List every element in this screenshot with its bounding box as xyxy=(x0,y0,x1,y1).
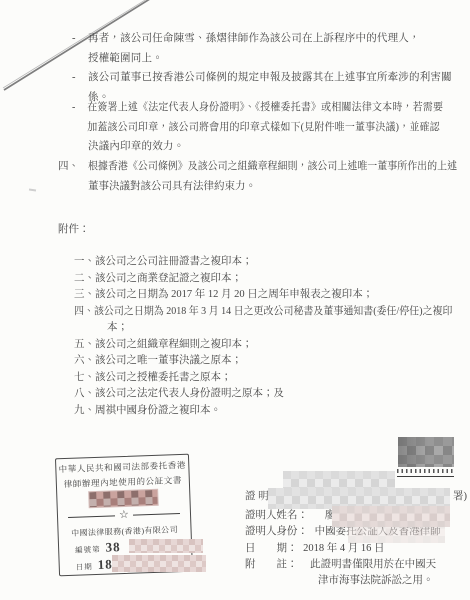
stamp-date-label: 日期 xyxy=(76,561,93,573)
redacted-stamp-title-mosaic xyxy=(89,490,157,507)
attachment-item: 九、周祺中國身份證之複印本。 xyxy=(74,403,470,420)
stamp-serial-value: 38 xyxy=(105,539,121,556)
certificate-note-line: 此證明書僅限用於在中國天 xyxy=(310,559,436,570)
certifier-name-row: 證明人姓名： 廖 xyxy=(245,508,335,523)
certifier-identity-label: 證明人身份： xyxy=(245,526,308,537)
divider-rule xyxy=(68,515,115,518)
scanned-legal-document-page: -再者，該公司任命陳雪、孫熠律師作為該公司在上訴程序中的代理人， 授權範圍同上。… xyxy=(0,0,470,600)
attachment-item: 二、該公司之商業登記證之複印本； xyxy=(74,271,470,288)
stamp-divider: ☆ xyxy=(68,507,180,524)
attachments-list: 一、該公司之公司註冊證書之複印本； 二、該公司之商業登記證之複印本； 三、該公司… xyxy=(74,254,470,419)
dash-marker: - xyxy=(72,68,88,88)
star-icon: ☆ xyxy=(115,510,133,522)
paragraph-line: 該公司董事已按香港公司條例的規定申報及披露其在上述事宜所牽涉的利害關 xyxy=(88,72,452,83)
attachments-heading: 附件： xyxy=(58,222,90,238)
section-number: 四、 xyxy=(58,157,79,177)
paragraph-line: 加蓋該公司印章，該公司將會用的印章式樣如下(見附件唯一董事決議)，並確認 xyxy=(72,118,443,138)
redaction-mosaic-chop xyxy=(398,437,454,467)
attachment-item: 一、該公司之公司註冊證書之複印本； xyxy=(74,254,470,271)
section-four-paragraph: 四、 根據香港《公司條例》及該公司之組織章程細則，該公司上述唯一董事所作出的上述… xyxy=(58,157,470,196)
paragraph-line: 董事決議對該公司具有法律約束力。 xyxy=(88,177,470,197)
paragraph-line: 授權範圍同上。 xyxy=(72,49,420,69)
certifier-signature-suffix: 署) xyxy=(453,489,467,504)
redaction-mosaic-identity xyxy=(348,521,445,543)
certificate-note-row: 附 註： 此證明書僅限用於在中國天 xyxy=(245,557,436,572)
certifier-name-label: 證明人姓名： xyxy=(245,510,308,521)
attachment-item: 五、該公司之組織章程細則之複印本； xyxy=(74,337,470,354)
divider-rule xyxy=(133,513,180,516)
stamp-date-value: 18 xyxy=(97,556,113,573)
paragraph-line: 在簽署上述《法定代表人身份證明》、《授權委托書》或相關法律文本時，若需要 xyxy=(87,102,443,113)
attachment-item-line: 四、該公司之日期為 2018 年 3 月 14 日之更改公司秘書及董事通知書(委… xyxy=(74,304,453,321)
dash-marker: - xyxy=(72,98,87,118)
certificate-date-row: 日 期： 2018 年 4 月 16 日 xyxy=(245,541,385,556)
certificate-date-value: 2018 年 4 月 16 日 xyxy=(303,543,384,554)
redaction-mosaic-date xyxy=(112,555,206,572)
stamp-serial-label: 編號第 xyxy=(75,544,101,556)
attachment-item: 八、該公司之法定代表人身份證明之原本；及 xyxy=(74,386,470,403)
attachment-item-line: 本； xyxy=(74,320,470,337)
attachment-item: 四、該公司之日期為 2018 年 3 月 14 日之更改公司秘書及董事通知書(委… xyxy=(74,304,470,337)
paragraph-line: 根據香港《公司條例》及該公司之組織章程細則，該公司上述唯一董事所作出的上述 xyxy=(88,157,457,177)
paragraph-line: 再者，該公司任命陳雪、孫熠律師作為該公司在上訴程序中的代理人， xyxy=(88,33,420,44)
certificate-date-label: 日 期： xyxy=(245,543,298,554)
bullet-paragraph-seal: -在簽署上述《法定代表人身份證明》、《授權委托書》或相關法律文本時，若需要 加蓋… xyxy=(72,98,463,157)
paragraph-line: 決議內印章的效力。 xyxy=(72,137,463,157)
illegible-microtext xyxy=(397,468,454,477)
dash-marker: - xyxy=(72,29,88,49)
scan-smudge xyxy=(29,189,36,192)
redaction-mosaic-serial xyxy=(129,539,203,553)
attachment-item: 七、該公司之授權委托書之原本； xyxy=(74,370,470,387)
certificate-note-label: 附 註： xyxy=(245,559,298,570)
attachment-item: 三、該公司之日期為 2017 年 12 月 20 日之周年申報表之複印本； xyxy=(74,287,470,304)
bullet-paragraph-agents: -再者，該公司任命陳雪、孫熠律師作為該公司在上訴程序中的代理人， 授權範圍同上。 xyxy=(72,29,420,68)
attachment-item: 六、該公司之唯一董事決議之原本； xyxy=(74,353,470,370)
certificate-note-line: 津市海事法院訴訟之用。 xyxy=(318,573,434,588)
